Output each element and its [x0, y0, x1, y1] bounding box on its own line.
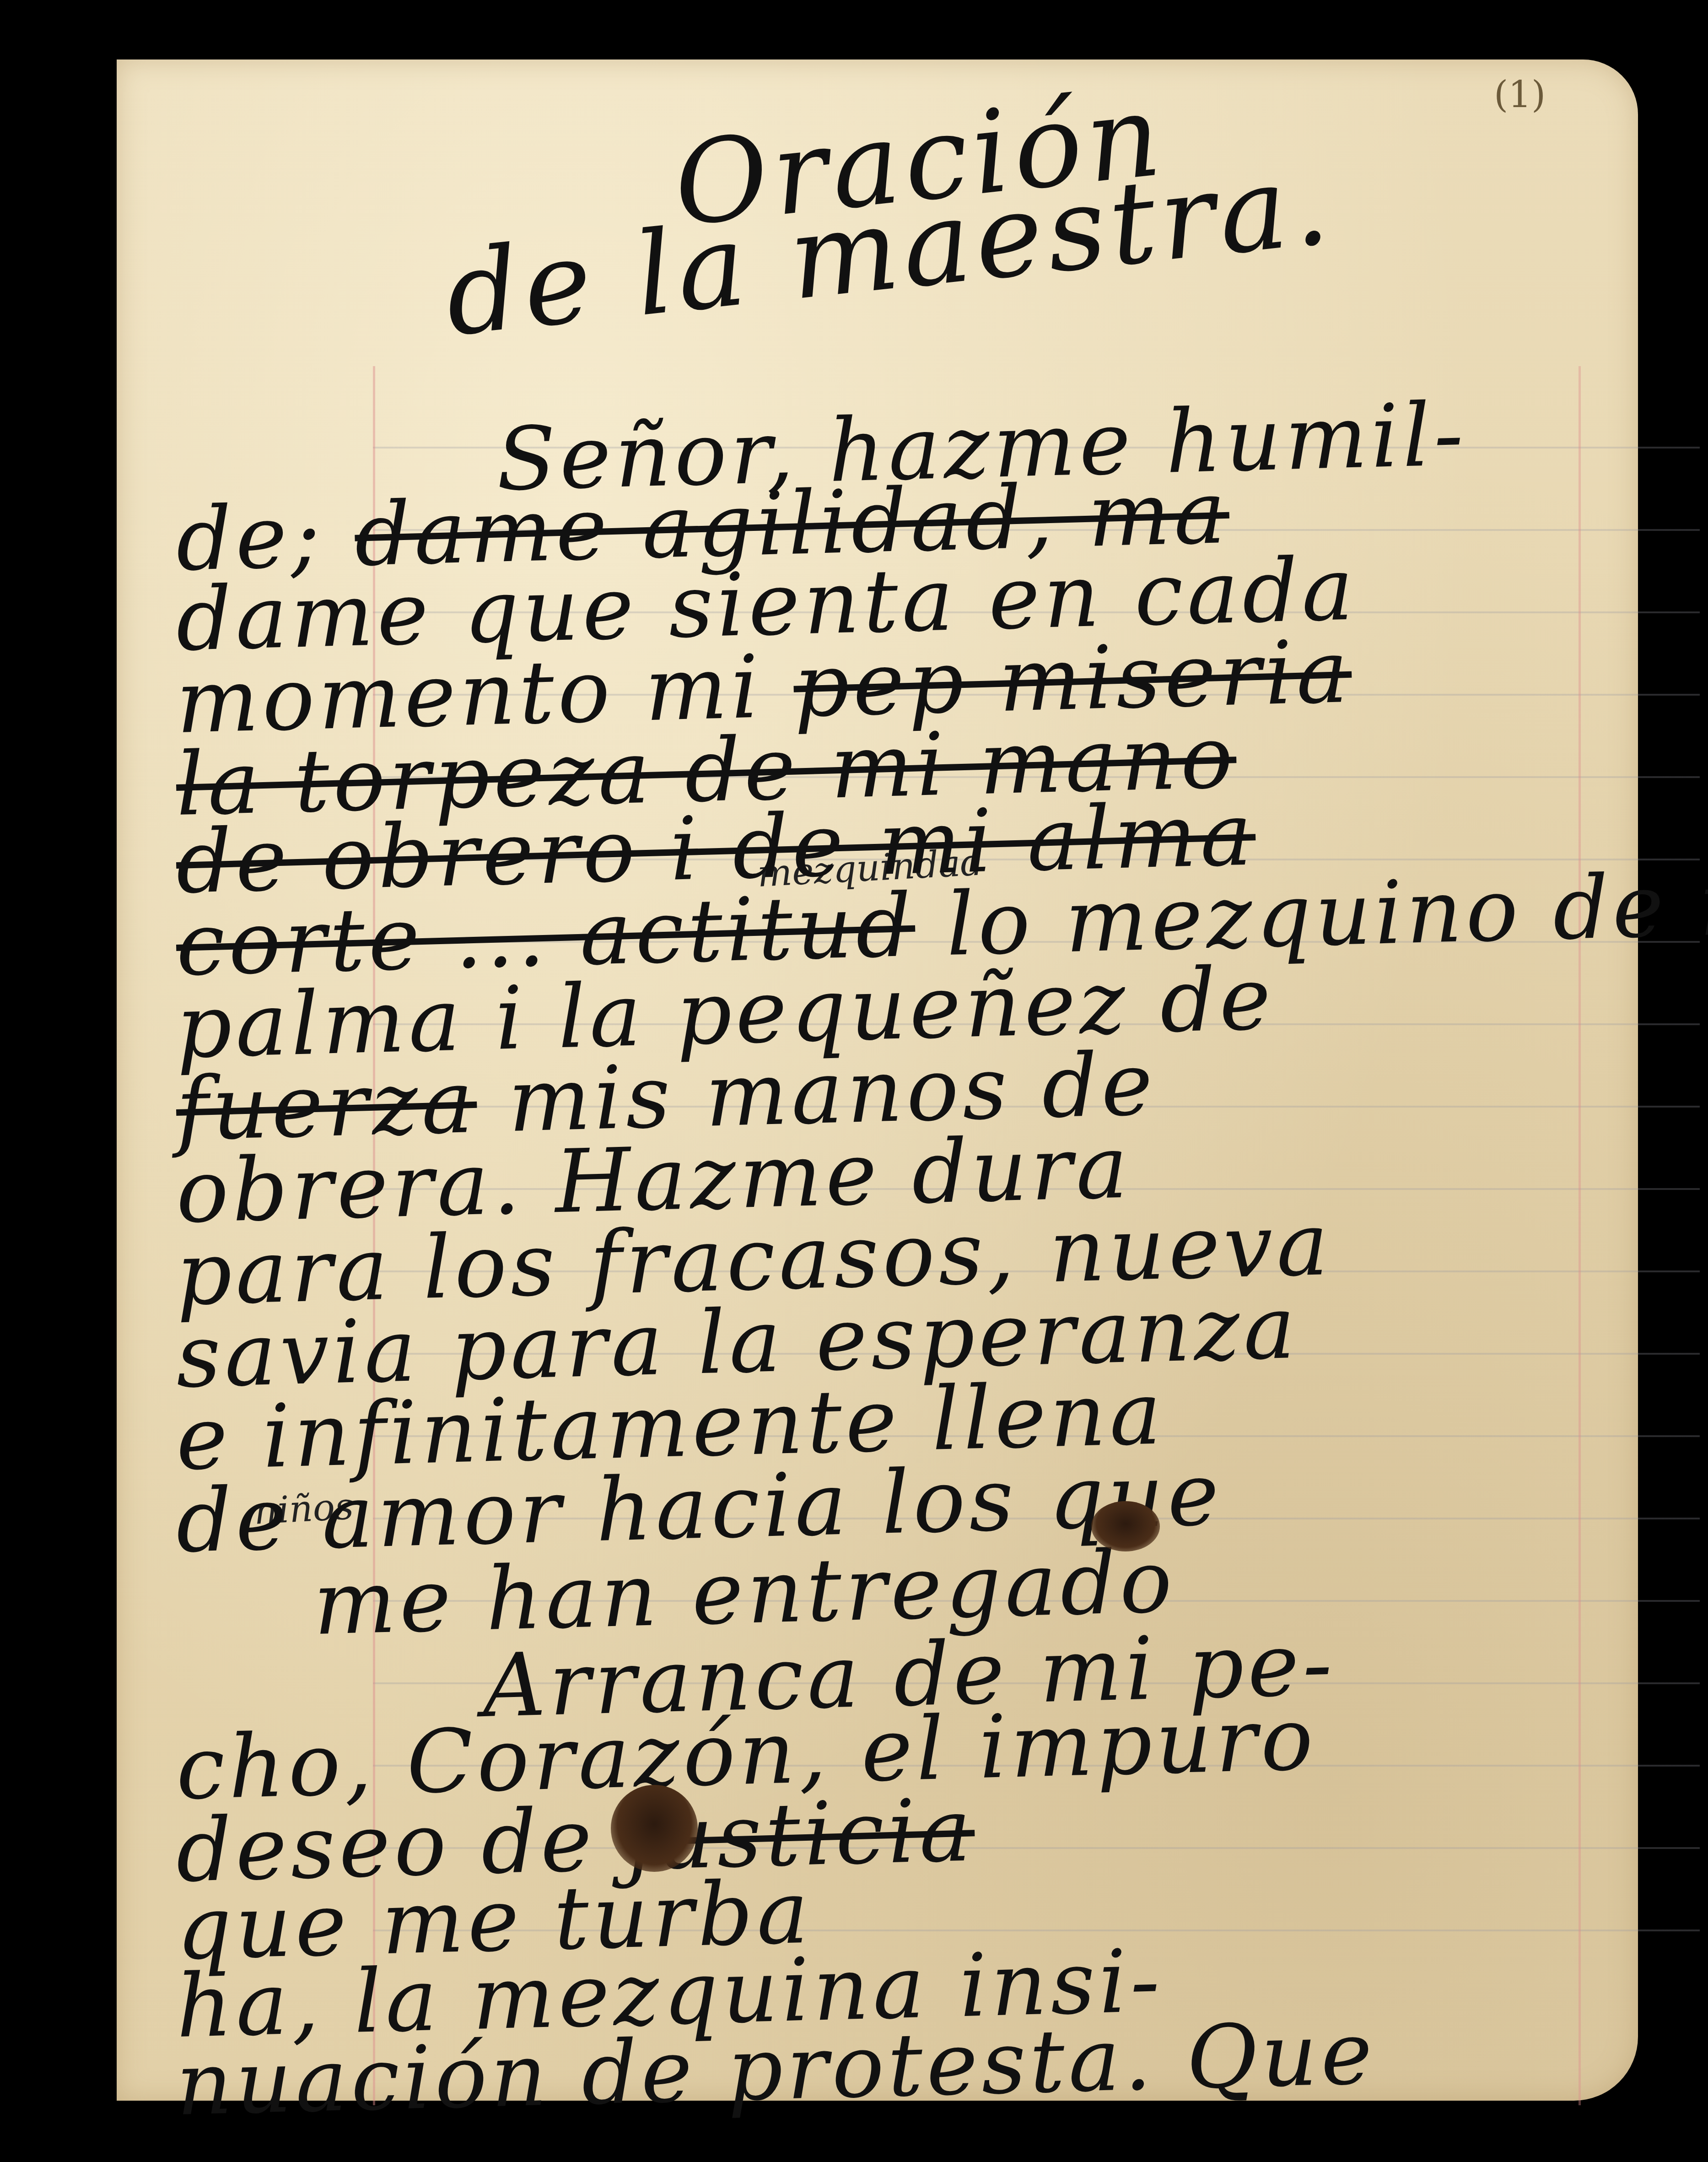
page-number: (1): [1494, 73, 1546, 116]
ink-blot: [1091, 1501, 1160, 1551]
ink-blot: [611, 1785, 698, 1872]
manuscript-page: (1) Oración de la maestra. mezquindad ni…: [117, 59, 1638, 2101]
